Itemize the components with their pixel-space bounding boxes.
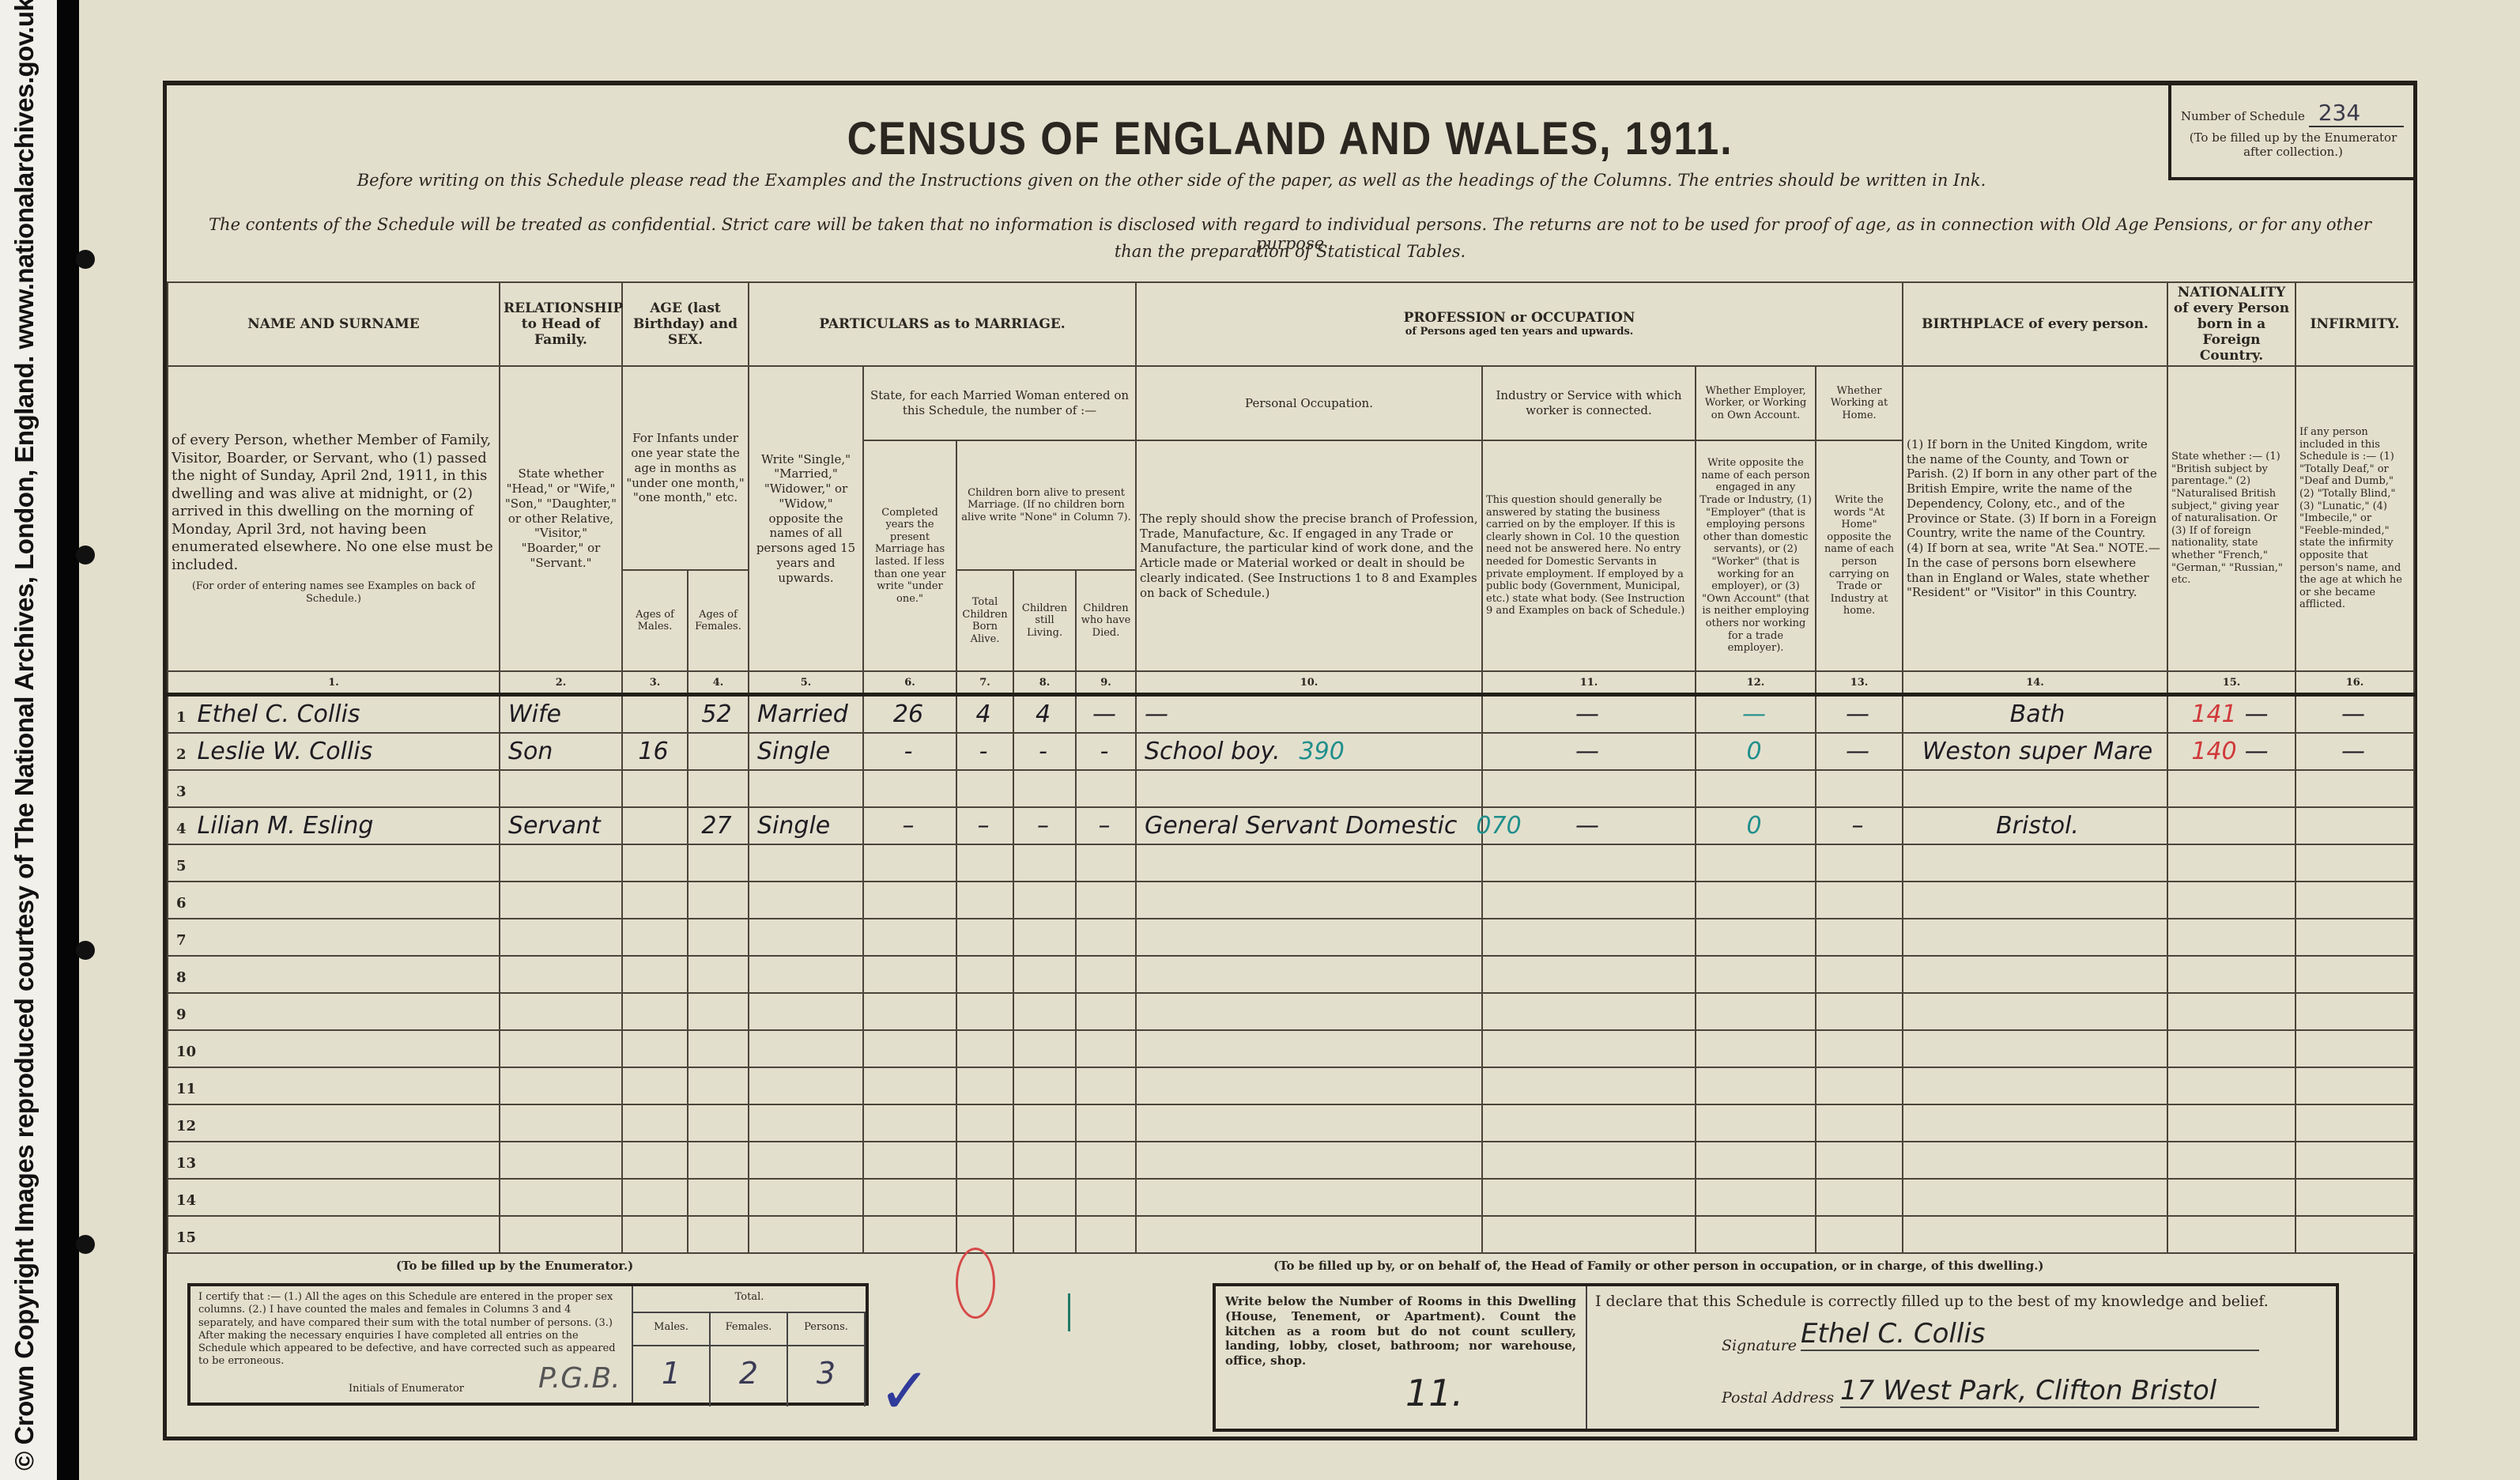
row-number: 11	[176, 1081, 196, 1097]
table-row: 13	[168, 1142, 2414, 1179]
cell-tot	[956, 844, 1013, 882]
cell-nat	[2167, 993, 2296, 1030]
cell-occ	[1136, 1030, 1482, 1067]
schedule-number-note: (To be filled up by the Enumerator after…	[2181, 130, 2405, 159]
cell-emp	[1696, 844, 1816, 882]
col-employer: Whether Employer, Worker, or Working on …	[1696, 366, 1816, 440]
cell-mar	[749, 1030, 863, 1067]
cell-birth	[1903, 882, 2167, 919]
cell-m	[622, 1030, 688, 1067]
copyright-sidebar: © Crown Copyright Images reproduced cour…	[0, 0, 57, 1480]
blue-check-mark: ✓	[878, 1354, 931, 1428]
cell-ind	[1482, 882, 1696, 919]
table-row: 8	[168, 956, 2414, 993]
cell-yrs	[863, 1104, 956, 1142]
cell-liv	[1013, 1142, 1076, 1179]
cell-tot	[956, 1104, 1013, 1142]
cell-occ	[1136, 1216, 1482, 1253]
punch-hole	[76, 250, 95, 269]
cell-home	[1816, 993, 1903, 1030]
cell-rel	[500, 1142, 622, 1179]
col-infirmity-title: INFIRMITY.	[2296, 282, 2414, 366]
table-row: 9	[168, 993, 2414, 1030]
table-row: 4Lilian M. EslingServant27Single––––Gene…	[168, 807, 2414, 844]
cell-occ: General Servant Domestic070	[1136, 807, 1482, 844]
nationality-code: 140	[2191, 738, 2236, 765]
cell-liv	[1013, 882, 1076, 919]
enumerator-initials: P.G.B.	[538, 1362, 621, 1395]
cell-rel	[500, 1030, 622, 1067]
initials-label: Initials of Enumerator	[349, 1383, 464, 1395]
punch-hole	[76, 941, 95, 960]
cell-occ	[1136, 1179, 1482, 1216]
cell-yrs: -	[863, 733, 956, 770]
cell-liv	[1013, 844, 1076, 882]
cell-f	[688, 1179, 749, 1216]
cell-inf	[2296, 1216, 2414, 1253]
cell-yrs	[863, 882, 956, 919]
cell-nat	[2167, 1067, 2296, 1104]
table-row: 14	[168, 1179, 2414, 1216]
cell-tot	[956, 956, 1013, 993]
cell-died	[1076, 1216, 1136, 1253]
cell-yrs	[863, 1030, 956, 1067]
col-age-desc: For Infants under one year state the age…	[622, 366, 749, 570]
census-form: CENSUS OF ENGLAND AND WALES, 1911. Befor…	[163, 81, 2417, 1440]
cell-nat: 141—	[2167, 695, 2296, 734]
cell-emp: —	[1696, 695, 1816, 734]
rooms-instruction: Write below the Number of Rooms in this …	[1225, 1294, 1576, 1368]
punch-hole	[76, 1235, 95, 1254]
col-name-desc: of every Person, whether Member of Famil…	[168, 366, 500, 671]
table-row: 5	[168, 844, 2414, 882]
cell-f	[688, 733, 749, 770]
cell-m	[622, 1104, 688, 1142]
cell-liv	[1013, 919, 1076, 956]
table-row: 1Ethel C. CollisWife52Married2644—————Ba…	[168, 695, 2414, 734]
cell-ind	[1482, 844, 1696, 882]
page-title: CENSUS OF ENGLAND AND WALES, 1911.	[279, 112, 2301, 165]
row-number: 7	[176, 932, 187, 949]
cell-ind	[1482, 1104, 1696, 1142]
row-number: 6	[176, 895, 187, 912]
col-birthplace-title: BIRTHPLACE of every person.	[1903, 282, 2167, 366]
cell-name: 12	[168, 1104, 500, 1142]
cell-died	[1076, 844, 1136, 882]
cell-m: 16	[622, 733, 688, 770]
cell-rel	[500, 1216, 622, 1253]
cell-occ	[1136, 956, 1482, 993]
signature-value: Ethel C. Collis	[1801, 1318, 2259, 1351]
cell-inf	[2296, 1179, 2414, 1216]
cell-emp	[1696, 1142, 1816, 1179]
row-number: 15	[176, 1229, 196, 1246]
row-number: 1	[176, 709, 187, 726]
cell-liv	[1013, 1104, 1076, 1142]
head-caption: (To be filled up by, or on behalf of, th…	[1273, 1259, 2044, 1273]
col-industry: Industry or Service with which worker is…	[1482, 366, 1696, 440]
col-ages-females: Ages of Females.	[688, 570, 749, 671]
certify-text: I certify that :— (1.) All the ages on t…	[198, 1291, 625, 1369]
col-years-married: Completed years the present Marriage has…	[863, 440, 956, 671]
cell-name: 10	[168, 1030, 500, 1067]
cell-rel: Son	[500, 733, 622, 770]
col-industry-desc: This question should generally be answer…	[1482, 440, 1696, 671]
cell-f: 27	[688, 807, 749, 844]
cell-m	[622, 695, 688, 734]
cell-died	[1076, 1067, 1136, 1104]
cell-nat	[2167, 770, 2296, 807]
col-relationship-desc: State whether "Head," or "Wife," "Son," …	[500, 366, 622, 671]
cell-birth	[1903, 1104, 2167, 1142]
cell-tot	[956, 882, 1013, 919]
cell-nat	[2167, 1216, 2296, 1253]
cell-f: 52	[688, 695, 749, 734]
cell-m	[622, 993, 688, 1030]
cell-died	[1076, 882, 1136, 919]
cell-f	[688, 1030, 749, 1067]
cell-home: –	[1816, 807, 1903, 844]
col-birthplace-desc: (1) If born in the United Kingdom, write…	[1903, 366, 2167, 671]
cell-rel	[500, 844, 622, 882]
cell-mar	[749, 1104, 863, 1142]
col-personal-desc: The reply should show the precise branch…	[1136, 440, 1482, 671]
table-row: 10	[168, 1030, 2414, 1067]
declaration-text: I declare that this Schedule is correctl…	[1595, 1293, 2269, 1310]
cell-mar	[749, 1216, 863, 1253]
rooms-count: 11.	[1405, 1371, 1463, 1417]
cell-emp	[1696, 1104, 1816, 1142]
cell-died: -	[1076, 733, 1136, 770]
row-number: 9	[176, 1006, 187, 1023]
cell-inf	[2296, 1142, 2414, 1179]
table-row: 2Leslie W. CollisSon16Single----School b…	[168, 733, 2414, 770]
cell-mar	[749, 770, 863, 807]
cell-rel	[500, 919, 622, 956]
cell-liv	[1013, 1030, 1076, 1067]
cell-mar: Single	[749, 733, 863, 770]
cell-emp	[1696, 1030, 1816, 1067]
cell-home	[1816, 770, 1903, 807]
cell-m	[622, 882, 688, 919]
cell-occ	[1136, 882, 1482, 919]
cell-occ	[1136, 1142, 1482, 1179]
cell-m	[622, 1067, 688, 1104]
cell-home	[1816, 956, 1903, 993]
cell-tot: 4	[956, 695, 1013, 734]
cell-liv	[1013, 1216, 1076, 1253]
cell-rel	[500, 993, 622, 1030]
col-nationality-desc: State whether :— (1) "British subject by…	[2167, 366, 2296, 671]
row-number: 12	[176, 1118, 196, 1135]
cell-mar	[749, 993, 863, 1030]
cell-birth	[1903, 919, 2167, 956]
cell-liv	[1013, 956, 1076, 993]
cell-mar	[749, 1142, 863, 1179]
cell-rel	[500, 1104, 622, 1142]
cell-liv: –	[1013, 807, 1076, 844]
cell-liv: 4	[1013, 695, 1076, 734]
cell-emp	[1696, 1067, 1816, 1104]
cell-name: 5	[168, 844, 500, 882]
col-employer-desc: Write opposite the name of each person e…	[1696, 440, 1816, 671]
confidential-line-2: than the preparation of Statistical Tabl…	[167, 242, 2413, 261]
col-marriage-write: Write "Single," "Married," "Widower," or…	[749, 366, 863, 671]
cell-name: 11	[168, 1067, 500, 1104]
cell-nat	[2167, 882, 2296, 919]
row-number: 14	[176, 1192, 196, 1209]
cell-inf: —	[2296, 733, 2414, 770]
col-age-title: AGE (last Birthday) and SEX.	[622, 282, 749, 366]
cell-mar: Married	[749, 695, 863, 734]
nationality-code: 141	[2191, 700, 2236, 728]
cell-nat	[2167, 919, 2296, 956]
cell-inf	[2296, 844, 2414, 882]
cell-f	[688, 1216, 749, 1253]
cell-tot	[956, 1216, 1013, 1253]
cell-died	[1076, 1104, 1136, 1142]
cell-occ	[1136, 919, 1482, 956]
cell-name: 1Ethel C. Collis	[168, 695, 500, 734]
cell-name: 6	[168, 882, 500, 919]
col-personal-occupation: Personal Occupation.	[1136, 366, 1482, 440]
schedule-number-box: Number of Schedule 234 (To be filled up …	[2168, 85, 2413, 180]
cell-birth: Weston super Mare	[1903, 733, 2167, 770]
cell-ind	[1482, 1179, 1696, 1216]
cell-home: —	[1816, 695, 1903, 734]
col-occupation-title: PROFESSION or OCCUPATIONof Persons aged …	[1136, 282, 1903, 366]
cell-tot: –	[956, 807, 1013, 844]
punch-hole	[76, 546, 95, 564]
cell-birth	[1903, 844, 2167, 882]
cell-m	[622, 1179, 688, 1216]
cell-occ	[1136, 844, 1482, 882]
cell-tot	[956, 919, 1013, 956]
cell-tot	[956, 770, 1013, 807]
cell-name: 7	[168, 919, 500, 956]
rooms-section: Write below the Number of Rooms in this …	[1216, 1286, 1587, 1429]
cell-tot	[956, 993, 1013, 1030]
col-children-living: Children still Living.	[1013, 570, 1076, 671]
col-ages-males: Ages of Males.	[622, 570, 688, 671]
cell-home	[1816, 844, 1903, 882]
cell-name: 4Lilian M. Esling	[168, 807, 500, 844]
table-row: 3	[168, 770, 2414, 807]
cell-rel	[500, 1067, 622, 1104]
cell-rel: Servant	[500, 807, 622, 844]
cell-birth	[1903, 1216, 2167, 1253]
females-label: Females.	[711, 1313, 788, 1345]
cell-home	[1816, 1216, 1903, 1253]
row-number: 5	[176, 858, 187, 874]
cell-ind	[1482, 956, 1696, 993]
cell-mar	[749, 919, 863, 956]
col-home: Whether Working at Home.	[1816, 366, 1903, 440]
scan-edge	[57, 0, 79, 1480]
cell-yrs	[863, 770, 956, 807]
cell-inf	[2296, 770, 2414, 807]
cell-birth	[1903, 1030, 2167, 1067]
cell-inf	[2296, 882, 2414, 919]
cell-name: 9	[168, 993, 500, 1030]
col-home-desc: Write the words "At Home" opposite the n…	[1816, 440, 1903, 671]
cell-occ	[1136, 993, 1482, 1030]
cell-m	[622, 956, 688, 993]
total-females: 2	[711, 1346, 788, 1406]
cell-emp	[1696, 956, 1816, 993]
cell-yrs: 26	[863, 695, 956, 734]
column-numbers: 1.2.3.4.5.6.7.8.9.10.11.12.13.14.15.16.	[168, 671, 2414, 695]
cell-nat: 140—	[2167, 733, 2296, 770]
totals: Total. Males.Females.Persons. 123	[632, 1286, 866, 1403]
cell-yrs	[863, 1216, 956, 1253]
person-name: Leslie W. Collis	[198, 738, 373, 765]
cell-birth: Bristol.	[1903, 807, 2167, 844]
cell-rel	[500, 882, 622, 919]
cell-birth	[1903, 993, 2167, 1030]
row-number: 2	[176, 746, 187, 763]
household-declaration: Write below the Number of Rooms in this …	[1213, 1283, 2339, 1432]
person-name: Lilian M. Esling	[198, 812, 374, 840]
address-label: Postal Address	[1722, 1389, 1834, 1406]
cell-m	[622, 844, 688, 882]
cell-birth	[1903, 1067, 2167, 1104]
cell-died: —	[1076, 695, 1136, 734]
cell-inf	[2296, 1067, 2414, 1104]
cell-yrs	[863, 919, 956, 956]
cell-f	[688, 956, 749, 993]
cell-mar	[749, 956, 863, 993]
col-name-title: NAME AND SURNAME	[168, 282, 500, 366]
cell-tot	[956, 1142, 1013, 1179]
table-row: 6	[168, 882, 2414, 919]
cell-mar	[749, 882, 863, 919]
col-children-died: Children who have Died.	[1076, 570, 1136, 671]
cell-rel	[500, 770, 622, 807]
household-table: NAME AND SURNAME RELATIONSHIP to Head of…	[167, 281, 2415, 1254]
cell-name: 3	[168, 770, 500, 807]
cell-home	[1816, 1179, 1903, 1216]
cell-inf	[2296, 1104, 2414, 1142]
cell-ind	[1482, 993, 1696, 1030]
cell-occ	[1136, 1104, 1482, 1142]
cell-nat	[2167, 1179, 2296, 1216]
cell-rel	[500, 956, 622, 993]
cell-inf	[2296, 1030, 2414, 1067]
copyright-credit: © Crown Copyright Images reproduced cour…	[9, 0, 40, 1471]
cell-tot	[956, 1030, 1013, 1067]
col-nationality-title: NATIONALITY of every Person born in a Fo…	[2167, 282, 2296, 366]
red-circle-mark	[956, 1248, 995, 1319]
cell-f	[688, 919, 749, 956]
cell-home	[1816, 1142, 1903, 1179]
cell-died	[1076, 919, 1136, 956]
cell-ind	[1482, 1067, 1696, 1104]
cell-liv	[1013, 1179, 1076, 1216]
cell-yrs: –	[863, 807, 956, 844]
cell-tot	[956, 1067, 1013, 1104]
person-name: Ethel C. Collis	[198, 700, 360, 728]
males-label: Males.	[633, 1313, 711, 1345]
cell-died	[1076, 770, 1136, 807]
cell-mar	[749, 1067, 863, 1104]
cell-liv: -	[1013, 733, 1076, 770]
cell-nat	[2167, 844, 2296, 882]
cell-inf	[2296, 807, 2414, 844]
cell-f	[688, 1067, 749, 1104]
cell-name: 14	[168, 1179, 500, 1216]
cell-died	[1076, 1179, 1136, 1216]
col-total-children: Total Children Born Alive.	[956, 570, 1013, 671]
occupation-subtitle: of Persons aged ten years and upwards.	[1140, 326, 1899, 338]
table-row: 15	[168, 1216, 2414, 1253]
cell-home: —	[1816, 733, 1903, 770]
cell-liv	[1013, 993, 1076, 1030]
cell-name: 2Leslie W. Collis	[168, 733, 500, 770]
cell-ind	[1482, 1030, 1696, 1067]
cell-name: 15	[168, 1216, 500, 1253]
cell-yrs	[863, 956, 956, 993]
cell-home	[1816, 1030, 1903, 1067]
cell-tot: -	[956, 733, 1013, 770]
cell-nat	[2167, 807, 2296, 844]
occupation-title: PROFESSION or OCCUPATION	[1140, 310, 1899, 326]
cell-name: 8	[168, 956, 500, 993]
total-persons: 3	[788, 1346, 866, 1406]
cell-occ	[1136, 770, 1482, 807]
col-relationship-title: RELATIONSHIP to Head of Family.	[500, 282, 622, 366]
cell-ind	[1482, 919, 1696, 956]
cell-home	[1816, 1104, 1903, 1142]
cell-birth: Bath	[1903, 695, 2167, 734]
row-number: 10	[176, 1044, 196, 1060]
cell-yrs	[863, 993, 956, 1030]
cell-liv	[1013, 1067, 1076, 1104]
cell-died	[1076, 956, 1136, 993]
cell-m	[622, 1142, 688, 1179]
cell-inf	[2296, 919, 2414, 956]
cell-mar	[749, 1179, 863, 1216]
occupation-code: 390	[1300, 738, 1345, 765]
row-number: 3	[176, 783, 187, 800]
cell-died	[1076, 1030, 1136, 1067]
cell-died	[1076, 993, 1136, 1030]
cell-nat	[2167, 1030, 2296, 1067]
cell-m	[622, 807, 688, 844]
instruction-line: Before writing on this Schedule please r…	[167, 171, 2413, 190]
total-label: Total.	[633, 1286, 866, 1313]
cell-yrs	[863, 1179, 956, 1216]
table-row: 11	[168, 1067, 2414, 1104]
cell-emp	[1696, 919, 1816, 956]
cell-birth	[1903, 956, 2167, 993]
cell-emp	[1696, 1216, 1816, 1253]
table-row: 7	[168, 919, 2414, 956]
cell-f	[688, 770, 749, 807]
cell-emp	[1696, 882, 1816, 919]
cell-rel	[500, 1179, 622, 1216]
cell-home	[1816, 1067, 1903, 1104]
occupation-code: 070	[1476, 812, 1521, 840]
enumerator-certificate: I certify that :— (1.) All the ages on t…	[187, 1283, 869, 1406]
cell-yrs	[863, 1067, 956, 1104]
cell-yrs	[863, 844, 956, 882]
green-tick-mark	[1068, 1293, 1070, 1331]
enumerator-caption: (To be filled up by the Enumerator.)	[396, 1259, 633, 1273]
cell-occ	[1136, 1067, 1482, 1104]
row-number: 4	[176, 821, 187, 837]
cell-m	[622, 770, 688, 807]
